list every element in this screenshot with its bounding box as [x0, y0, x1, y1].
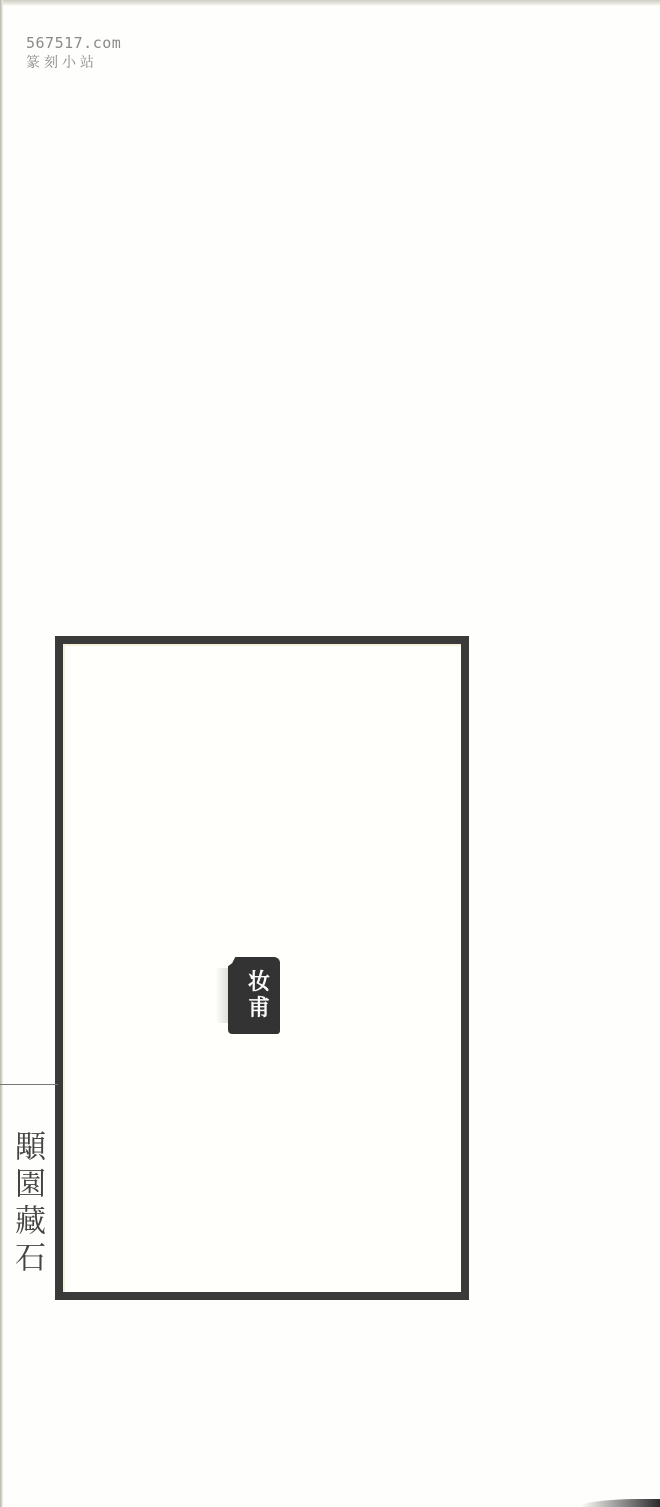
- page-top-edge: [0, 0, 660, 6]
- seal-char-1: 妆: [238, 970, 270, 996]
- page-left-edge: [0, 0, 3, 1507]
- watermark-name: 篆刻小站: [26, 53, 121, 73]
- side-title: 顒園藏石: [10, 1130, 44, 1278]
- watermark-site: 567517.com: [26, 33, 121, 53]
- page-corner-shadow: [580, 1499, 660, 1507]
- watermark: 567517.com 篆刻小站: [26, 33, 121, 73]
- side-divider: [0, 1084, 58, 1085]
- seal-impression: 妆 甫: [228, 957, 280, 1034]
- seal-char-2: 甫: [238, 996, 270, 1022]
